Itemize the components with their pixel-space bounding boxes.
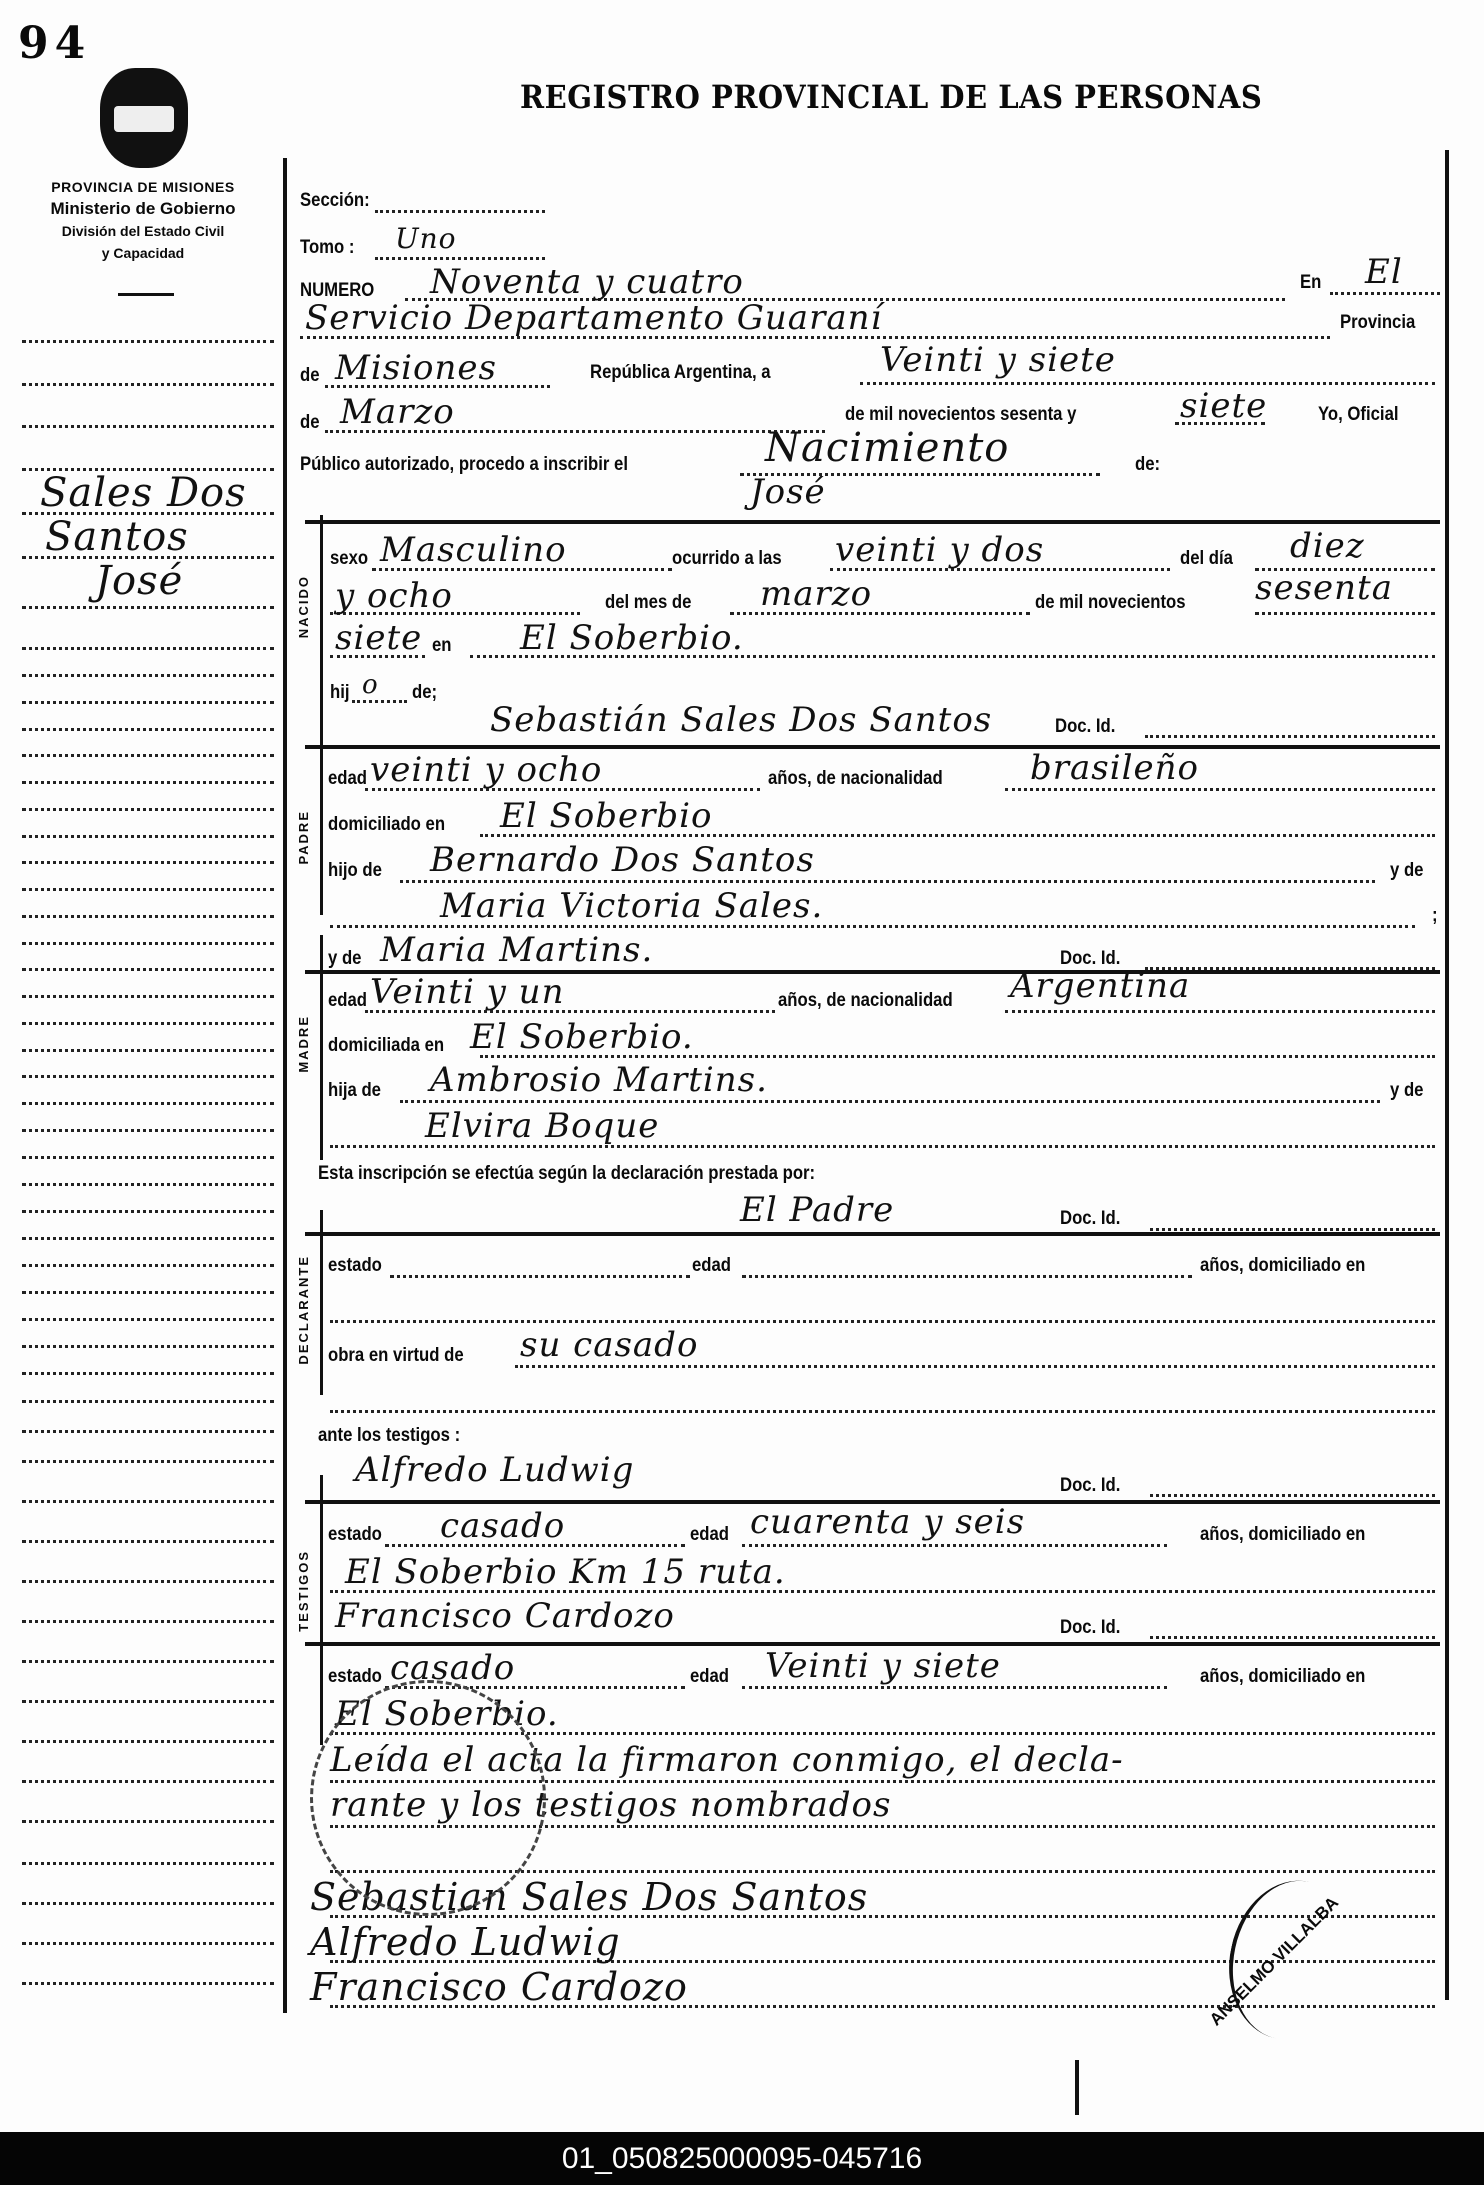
padre-nacionalidad-value[interactable]: brasileño xyxy=(1030,748,1199,788)
madre-edad-value[interactable]: Veinti y un xyxy=(370,972,564,1012)
del-mes-label: del mes de xyxy=(605,592,691,614)
dia-registro-value[interactable]: Veinti y siete xyxy=(880,340,1116,380)
padre-edad-value[interactable]: veinti y ocho xyxy=(370,750,602,790)
mil-novecientos-label: de mil novecientos xyxy=(1035,592,1186,614)
madre-nacionalidad-value[interactable]: Argentina xyxy=(1010,966,1190,1006)
madre-y-de-value[interactable]: Elvira Boque xyxy=(425,1106,659,1146)
coat-of-arms-icon xyxy=(100,68,188,168)
hij-label: hij xyxy=(330,682,350,704)
sexo-value[interactable]: Masculino xyxy=(380,530,567,570)
madre-nombre-value[interactable]: Maria Martins. xyxy=(380,930,653,970)
acto-value[interactable]: Nacimiento xyxy=(765,425,1009,471)
estado-label-testigo-2: estado xyxy=(328,1666,382,1688)
hij-value[interactable]: o xyxy=(362,670,379,700)
dia-value[interactable]: diez xyxy=(1290,526,1365,566)
del-dia-label: del día xyxy=(1180,548,1233,570)
margin-surname-1: Sales Dos xyxy=(40,470,247,516)
estado-label-declarante: estado xyxy=(328,1255,382,1277)
edad-label-madre: edad xyxy=(328,990,367,1012)
y-de-label-madre: y de xyxy=(328,948,361,970)
ante-testigos-label: ante los testigos : xyxy=(318,1425,460,1447)
en-label: En xyxy=(1300,272,1321,294)
tomo-label: Tomo : xyxy=(300,237,354,259)
doc-id-label-declarante: Doc. Id. xyxy=(1060,1208,1120,1230)
org-capacity: y Capacidad xyxy=(8,242,278,264)
page-number: 94 xyxy=(18,18,91,69)
testigo-2-nombre-value[interactable]: Francisco Cardozo xyxy=(335,1596,675,1636)
edad-label-testigo-1: edad xyxy=(690,1524,729,1546)
declarante-nombre-value[interactable]: El Padre xyxy=(740,1190,894,1230)
de-colon-label: de: xyxy=(1135,454,1160,476)
declarante-estado-field[interactable] xyxy=(390,1275,690,1278)
lugar-nacimiento-value[interactable]: El Soberbio. xyxy=(520,618,744,658)
testigo-1-estado-value[interactable]: casado xyxy=(440,1506,565,1546)
doc-id-label-testigo-2: Doc. Id. xyxy=(1060,1617,1120,1639)
publico-label: Público autorizado, procedo a inscribir … xyxy=(300,454,628,476)
declarante-edad-field[interactable] xyxy=(742,1275,1192,1278)
nombre-value[interactable]: José xyxy=(750,472,826,512)
ocurrido-label: ocurrido a las xyxy=(672,548,782,570)
padre-hijo-de-value[interactable]: Bernardo Dos Santos xyxy=(430,840,815,880)
domiciliado-label-padre: domiciliado en xyxy=(328,814,445,836)
doc-id-label-padre: Doc. Id. xyxy=(1055,716,1115,738)
document-title: REGISTRO PROVINCIAL DE LAS PERSONAS xyxy=(520,78,1262,115)
testigo-1-edad-value[interactable]: cuarenta y seis xyxy=(750,1502,1025,1542)
section-label-testigos: TESTIGOS xyxy=(296,1550,311,1632)
margin-divider xyxy=(283,158,287,2013)
provincia-value[interactable]: Misiones xyxy=(335,348,497,388)
document-id-footer: 01_050825000095-045716 xyxy=(0,2132,1484,2185)
section-label-declarante: DECLARANTE xyxy=(296,1255,311,1365)
ink-mark xyxy=(1075,2060,1079,2115)
padre-y-de-value[interactable]: Maria Victoria Sales. xyxy=(440,886,823,926)
provincia-label: Provincia xyxy=(1340,312,1415,334)
edad-label-testigo-2: edad xyxy=(690,1666,729,1688)
anio-value-2[interactable]: siete xyxy=(335,618,422,658)
domiciliado-label-testigo-2: años, domiciliado en xyxy=(1200,1666,1365,1688)
sexo-label: sexo xyxy=(330,548,368,570)
org-ministry: Ministerio de Gobierno xyxy=(8,198,278,220)
padre-nombre-value[interactable]: Sebastián Sales Dos Santos xyxy=(490,700,992,740)
declarante-obra-value[interactable]: su casado xyxy=(520,1325,698,1365)
obra-label: obra en virtud de xyxy=(328,1345,464,1367)
section-label-nacido: NACIDO xyxy=(296,575,311,638)
tomo-value[interactable]: Uno xyxy=(395,222,457,255)
edad-label-declarante: edad xyxy=(692,1255,731,1277)
org-division: División del Estado Civil xyxy=(8,220,278,242)
org-header: PROVINCIA DE MISIONES Ministerio de Gobi… xyxy=(8,176,278,264)
de-semicolon-label: de; xyxy=(412,682,437,704)
testigo-2-edad-value[interactable]: Veinti y siete xyxy=(765,1646,1001,1686)
signature-testigo-2: Francisco Cardozo xyxy=(310,1965,688,2009)
testigo-1-nombre-value[interactable]: Alfredo Ludwig xyxy=(355,1450,634,1490)
de-label-1: de xyxy=(300,365,320,387)
mes-registro-value[interactable]: Marzo xyxy=(340,392,455,432)
edad-label-padre: edad xyxy=(328,768,367,790)
numero-value[interactable]: Noventa y cuatro xyxy=(430,262,744,302)
en-value[interactable]: El xyxy=(1365,252,1403,292)
signature-testigo-1: Alfredo Ludwig xyxy=(310,1920,621,1964)
domiciliado-label-testigo-1: años, domiciliado en xyxy=(1200,1524,1365,1546)
section-label-madre: MADRE xyxy=(296,1015,311,1073)
domiciliado-label-declarante: años, domiciliado en xyxy=(1200,1255,1365,1277)
doc-id-label-testigo-1: Doc. Id. xyxy=(1060,1475,1120,1497)
seccion-label: Sección: xyxy=(300,190,370,212)
domiciliada-label: domiciliada en xyxy=(328,1035,444,1057)
y-de-label-padre: y de xyxy=(1390,860,1423,882)
org-province: PROVINCIA DE MISIONES xyxy=(8,176,278,198)
padre-domicilio-value[interactable]: El Soberbio xyxy=(500,796,713,836)
y-de-label-madre-2: y de xyxy=(1390,1080,1423,1102)
nacionalidad-label-padre: años, de nacionalidad xyxy=(768,768,943,790)
anio-value[interactable]: sesenta xyxy=(1255,568,1393,608)
testigo-1-domicilio-value[interactable]: El Soberbio Km 15 ruta. xyxy=(345,1552,786,1592)
yo-oficial-label: Yo, Oficial xyxy=(1318,404,1399,426)
nacionalidad-label-madre: años, de nacionalidad xyxy=(778,990,953,1012)
org-divider xyxy=(118,293,174,296)
mes-value[interactable]: marzo xyxy=(760,574,872,614)
section-divider-nacido xyxy=(305,520,1440,524)
official-seal-icon xyxy=(310,1680,546,1916)
lugar-value[interactable]: Servicio Departamento Guaraní xyxy=(305,298,882,338)
section-label-padre: PADRE xyxy=(296,810,311,865)
estado-label-testigo-1: estado xyxy=(328,1524,382,1546)
margin-given-name: José xyxy=(95,558,183,604)
hija-de-label: hija de xyxy=(328,1080,381,1102)
hijo-de-label: hijo de xyxy=(328,860,382,882)
hora-value[interactable]: veinti y dos xyxy=(835,530,1044,570)
de-label-2: de xyxy=(300,412,320,434)
sesenta-label: de mil novecientos sesenta y xyxy=(845,404,1076,426)
official-signature-icon xyxy=(1215,1869,1370,2051)
republica-label: República Argentina, a xyxy=(590,362,771,384)
madre-hija-de-value[interactable]: Ambrosio Martins. xyxy=(430,1060,768,1100)
dia-value-2[interactable]: y ocho xyxy=(335,576,453,616)
seccion-field[interactable] xyxy=(375,210,545,213)
margin-surname-2: Santos xyxy=(45,514,189,560)
madre-domicilio-value[interactable]: El Soberbio. xyxy=(470,1017,694,1057)
semicolon-label: ; xyxy=(1432,905,1438,927)
en-lower-label: en xyxy=(432,635,452,657)
anio-registro-value[interactable]: siete xyxy=(1180,386,1267,426)
right-border xyxy=(1445,150,1449,2000)
inscripcion-label: Esta inscripción se efectúa según la dec… xyxy=(318,1163,815,1185)
